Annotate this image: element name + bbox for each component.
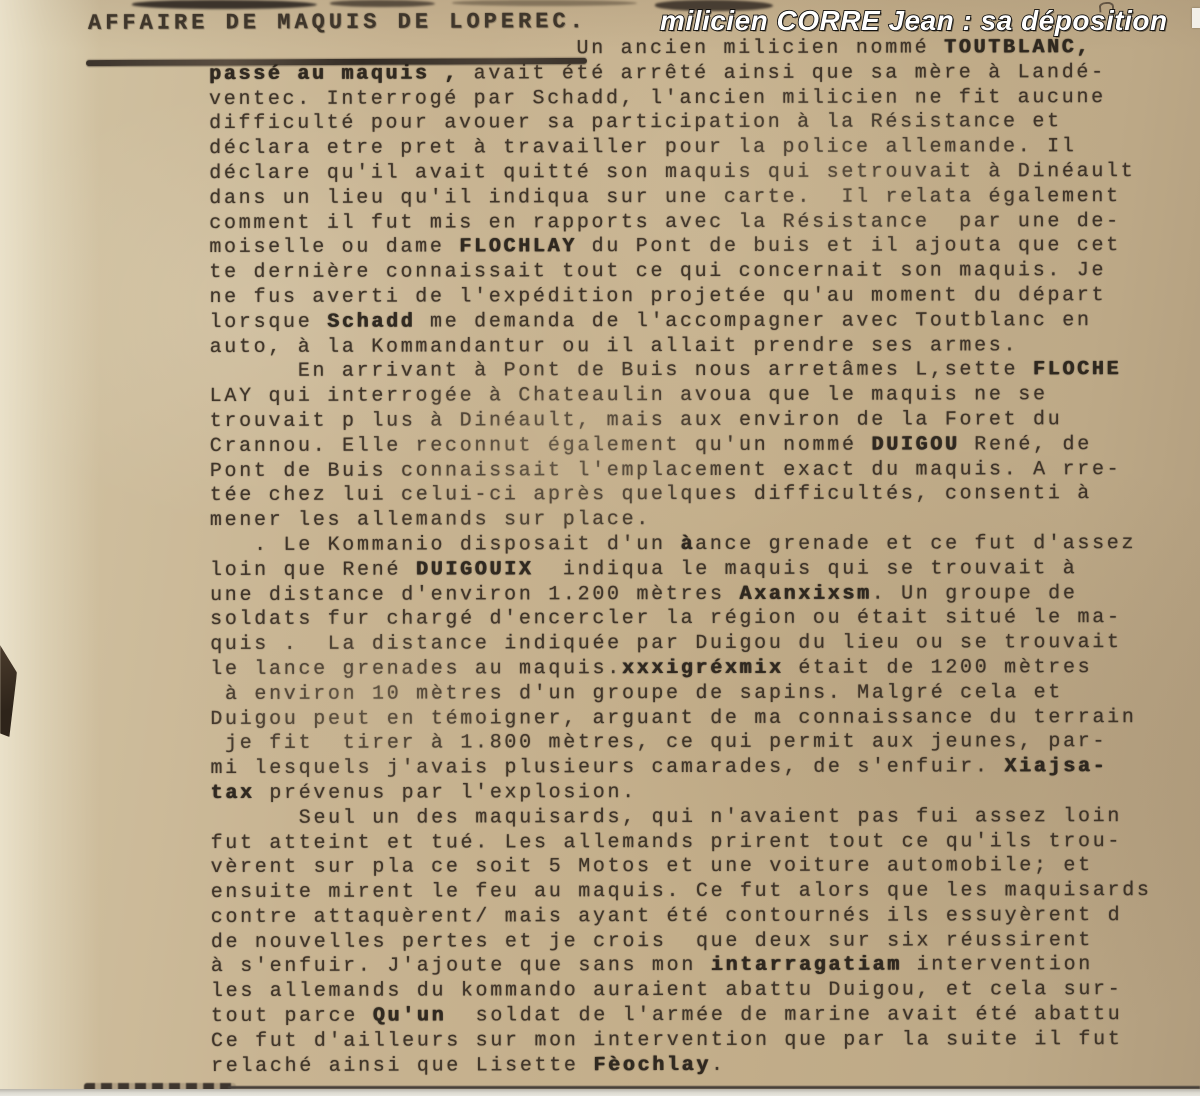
typed-text: fut atteint et tué. Les allemands priren… [211, 830, 1123, 855]
typed-line: tée chez lui celui-ci après quelques dif… [210, 482, 1151, 509]
typed-line: à environ 10 mètres d'un groupe de sapin… [210, 681, 1151, 708]
typed-line: une distance d'environ 1.200 mètres Axan… [210, 582, 1151, 609]
typed-text: dans un lieu qu'il indiqua sur une carte… [209, 185, 1121, 210]
typed-line: à s'enfuir. J'ajoute que sans mon intarr… [211, 953, 1152, 980]
typed-line: Duigou peut en témoigner, arguant de ma … [210, 706, 1151, 733]
overstruck-text: Qu'un [373, 1005, 447, 1028]
typed-text: LAY qui interrogée à Chateaulin avoua qu… [210, 383, 1048, 408]
typed-text: quis . La distance indiquée par Duigou d… [210, 631, 1122, 656]
typed-line: trouvait p lus à Dinéault, mais aux envi… [210, 408, 1151, 435]
typed-text: à s'enfuir. J'ajoute que sans mon [211, 954, 711, 978]
overstruck-text: à [680, 533, 695, 556]
typed-text: prévenus par l'explosion. [255, 781, 637, 805]
scan-edge-strip [0, 1089, 1200, 1096]
overstruck-text: FLOCHLAY [459, 236, 577, 259]
top-edge-text-remnant [452, 0, 637, 6]
typed-line: comment il fut mis en rapports avec la R… [209, 210, 1150, 237]
typed-line: loin que René DUIGOUIX indiqua le maquis… [210, 557, 1151, 584]
typed-line: dans un lieu qu'il indiqua sur une carte… [209, 185, 1150, 212]
typed-text: te dernière connaissait tout ce qui conc… [209, 259, 1106, 284]
typed-text: je fit tirer à 1.800 mètres, ce qui perm… [210, 730, 1107, 755]
typed-text: ance grenade et ce fut d'assez [695, 532, 1136, 556]
typed-text: Duigou peut en témoigner, arguant de ma … [210, 706, 1136, 731]
typed-line: auto, à la Kommandantur ou il allait pre… [210, 334, 1151, 361]
typed-text: René, de [960, 433, 1092, 456]
typed-text: vèrent sur pla ce soit 5 Motos et une vo… [211, 854, 1093, 879]
typed-text: intervention [902, 954, 1093, 977]
typed-text: mi lesquels j'avais plusieurs camarades,… [210, 755, 1004, 780]
typed-text: auto, à la Kommandantur ou il allait pre… [210, 334, 1019, 359]
typed-line: Seul un des maquisards, qui n'avaient pa… [211, 805, 1152, 832]
typed-text: de nouvelles pertes et je crois que deux… [211, 929, 1093, 954]
overstruck-text: xxxigréxmix [622, 657, 784, 680]
typed-text: Ce fut d'ailleurs sur mon intervention q… [211, 1028, 1123, 1053]
typed-text: déclara etre pret à travailler pour la p… [209, 135, 1076, 160]
overstruck-text: FLOCHE [1033, 358, 1121, 381]
typed-line: tout parce Qu'un soldat de l'armée de ma… [211, 1003, 1152, 1030]
top-edge-text-remnant [131, 0, 317, 9]
typed-text: Crannou. Elle reconnut également qu'un n… [210, 433, 872, 457]
overstruck-text: Xiajsa- [1004, 755, 1107, 778]
overstruck-text: DUIGOUIX [416, 558, 534, 581]
overstruck-text: TOUTBLANC, [944, 36, 1091, 59]
paper-tear [0, 645, 17, 737]
typed-text: tée chez lui celui-ci après quelques dif… [210, 482, 1092, 507]
typed-text: soldat de l'armée de marine avait été ab… [446, 1003, 1122, 1027]
top-edge-text-remnant [330, 0, 435, 7]
typed-text: En arrivant à Pont de Buis nous arretâme… [210, 359, 1033, 384]
typed-text: ne fus averti de l'expédition projetée q… [209, 284, 1106, 309]
typed-line: lorsque Schadd me demanda de l'accompagn… [209, 309, 1150, 336]
typed-text: . Un groupe de [872, 582, 1078, 605]
typed-line: vèrent sur pla ce soit 5 Motos et une vo… [211, 854, 1152, 881]
overstruck-text: Fèochlay [593, 1054, 711, 1077]
typed-text: loin que René [210, 558, 416, 581]
typed-line: le lance grenades au maquis.xxxigréxmix … [210, 656, 1151, 683]
typed-line: difficulté pour avouer sa participation … [209, 110, 1150, 137]
typed-text: le lance grenades au maquis. [210, 657, 622, 681]
typed-line: moiselle ou dame FLOCHLAY du Pont de bui… [209, 234, 1150, 261]
typed-text: indiqua le maquis qui se trouvait à [533, 557, 1077, 581]
typed-text: mener les allemands sur place. [210, 508, 651, 532]
typed-text: les allemands du kommando auraient abatt… [211, 978, 1123, 1003]
typed-line: tax prévenus par l'explosion. [210, 780, 1151, 807]
typed-text: une distance d'environ 1.200 mètres [210, 582, 739, 606]
typed-line: . Le Kommanio disposait d'un àance grena… [210, 532, 1151, 559]
typed-text: tout parce [211, 1005, 373, 1028]
typed-text: Seul un des maquisards, qui n'avaient pa… [211, 805, 1123, 830]
typed-text: Pont de Buis connaissait l'emplacement e… [210, 458, 1122, 483]
typed-line: LAY qui interrogée à Chateaulin avoua qu… [210, 383, 1151, 410]
typed-line: mi lesquels j'avais plusieurs camarades,… [210, 755, 1151, 782]
document-scan: AFFAIRE DE MAQUIS DE LOPEREC. milicien C… [0, 0, 1200, 1096]
typed-text: me demanda de l'accompagner avec Toutbla… [415, 309, 1091, 333]
typed-lines: Un ancien milicien nommé TOUTBLANC,passé… [209, 36, 1152, 1079]
typed-line: ventec. Interrogé par Schadd, l'ancien m… [209, 86, 1150, 113]
typed-text: . [711, 1054, 726, 1077]
typed-line: Crannou. Elle reconnut également qu'un n… [210, 433, 1151, 460]
typed-line: passé au maquis , avait été arrêté ainsi… [209, 61, 1150, 88]
overstruck-text: tax [210, 782, 254, 805]
typed-line: soldats fur chargé d'encercler la région… [210, 606, 1151, 633]
typed-text: ventec. Interrogé par Schadd, l'ancien m… [209, 86, 1106, 111]
typed-line: de nouvelles pertes et je crois que deux… [211, 929, 1152, 956]
typed-line: ensuite mirent le feu au maquis. Ce fut … [211, 879, 1152, 906]
typed-text: difficulté pour avouer sa participation … [209, 111, 1062, 136]
typed-line: relaché ainsi que Lisette Fèochlay. [211, 1053, 1152, 1080]
typed-line: contre attaquèrent/ mais ayant été conto… [211, 904, 1152, 931]
scan-edge-patch [1192, 8, 1200, 28]
typed-line: déclara etre pret à travailler pour la p… [209, 135, 1150, 162]
typed-text: trouvait p lus à Dinéault, mais aux envi… [210, 408, 1063, 433]
typed-text: Un ancien milicien nommé [209, 36, 944, 61]
typed-text: soldats fur chargé d'encercler la région… [210, 606, 1122, 631]
typed-line: ne fus averti de l'expédition projetée q… [209, 284, 1150, 311]
typed-text: du Pont de buis et il ajouta que cet [577, 234, 1121, 258]
typed-line: te dernière connaissait tout ce qui conc… [209, 259, 1150, 286]
typed-line: quis . La distance indiquée par Duigou d… [210, 631, 1151, 658]
typed-text: ensuite mirent le feu au maquis. Ce fut … [211, 879, 1152, 904]
overstruck-text: intarragatiam [711, 954, 902, 977]
overstruck-text: Schadd [327, 310, 415, 333]
typed-line: fut atteint et tué. Les allemands priren… [211, 830, 1152, 857]
typed-line: Ce fut d'ailleurs sur mon intervention q… [211, 1028, 1152, 1055]
typed-line: Un ancien milicien nommé TOUTBLANC, [209, 36, 1150, 63]
typed-text: moiselle ou dame [209, 236, 459, 260]
overstruck-text: DUIGOU [871, 433, 959, 456]
typed-line: les allemands du kommando auraient abatt… [211, 978, 1152, 1005]
typed-text: contre attaquèrent/ mais ayant été conto… [211, 904, 1123, 929]
typed-text: lorsque [209, 311, 327, 334]
overstruck-text: Axanxixsm [739, 582, 871, 605]
overstruck-text: passé au maquis , [209, 62, 459, 86]
typed-text: déclare qu'il avait quitté son maquis qu… [209, 160, 1135, 185]
typed-text: à environ 10 mètres d'un groupe de sapin… [210, 681, 1063, 706]
typed-line: Pont de Buis connaissait l'emplacement e… [210, 458, 1151, 485]
typed-text: . Le Kommanio disposait d'un [210, 533, 681, 557]
typed-text: comment il fut mis en rapports avec la R… [209, 210, 1121, 235]
typed-line: je fit tirer à 1.800 mètres, ce qui perm… [210, 730, 1151, 757]
typed-text: relaché ainsi que Lisette [211, 1054, 593, 1078]
typed-text: avait été arrêté ainsi que sa mère à Lan… [459, 61, 1106, 85]
typed-line: déclare qu'il avait quitté son maquis qu… [209, 160, 1150, 187]
overlay-caption: milicien CORRE Jean : sa déposition [660, 5, 1168, 37]
page-title: AFFAIRE DE MAQUIS DE LOPEREC. [88, 9, 587, 36]
typed-text: était de 1200 mètres [784, 656, 1093, 680]
typed-line: mener les allemands sur place. [210, 507, 1151, 534]
typed-line: En arrivant à Pont de Buis nous arretâme… [210, 358, 1151, 385]
